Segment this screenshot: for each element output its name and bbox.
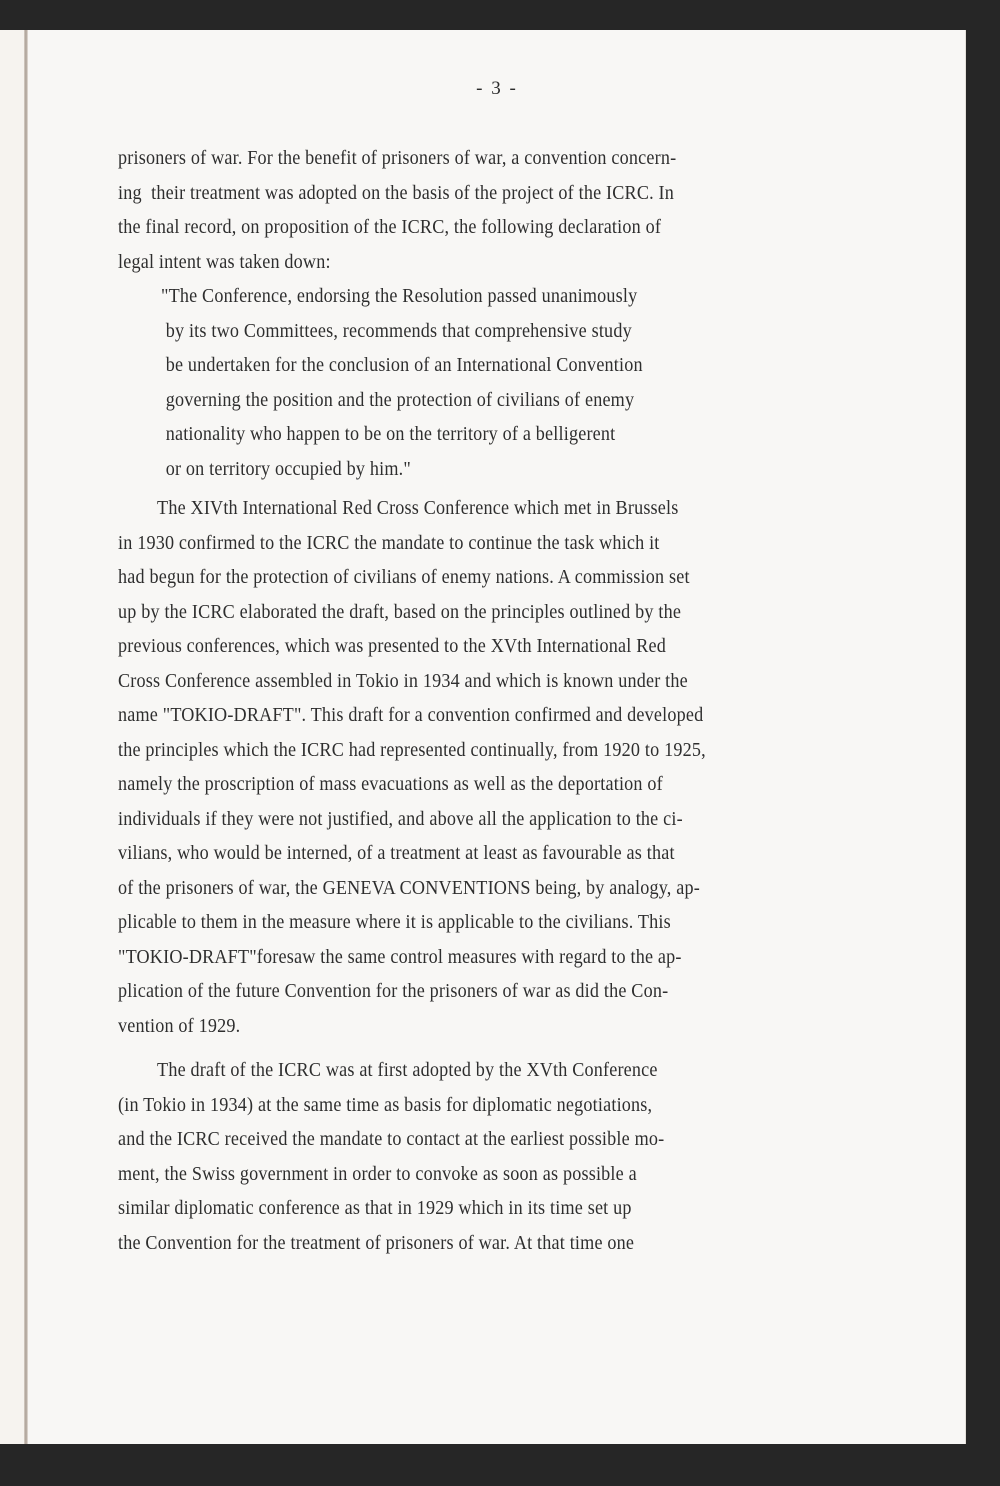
text-line: had begun for the protection of civilian… bbox=[118, 561, 899, 596]
text-line: be undertaken for the conclusion of an I… bbox=[161, 349, 942, 384]
text-line: (in Tokio in 1934) at the same time as b… bbox=[118, 1089, 899, 1124]
text-line: individuals if they were not justified, … bbox=[118, 803, 899, 838]
text-line: "TOKIO-DRAFT"foresaw the same control me… bbox=[118, 941, 899, 976]
text-line: nationality who happen to be on the terr… bbox=[161, 418, 942, 453]
page-number: - 3 - bbox=[28, 78, 966, 100]
text-line: or on territory occupied by him." bbox=[161, 453, 942, 488]
block-quote-resolution: "The Conference, endorsing the Resolutio… bbox=[161, 280, 1000, 487]
text-line: similar diplomatic conference as that in… bbox=[118, 1192, 899, 1227]
paragraph-diplomatic-conference: The draft of the ICRC was at first adopt… bbox=[118, 1054, 958, 1261]
text-line: namely the proscription of mass evacuati… bbox=[118, 768, 899, 803]
text-line: ing their treatment was adopted on the b… bbox=[118, 177, 899, 212]
text-line: The draft of the ICRC was at first adopt… bbox=[118, 1054, 899, 1089]
text-line: and the ICRC received the mandate to con… bbox=[118, 1123, 899, 1158]
text-line: up by the ICRC elaborated the draft, bas… bbox=[118, 596, 899, 631]
text-line: prisoners of war. For the benefit of pri… bbox=[118, 142, 899, 177]
text-line: vention of 1929. bbox=[118, 1010, 899, 1045]
text-line: ment, the Swiss government in order to c… bbox=[118, 1158, 899, 1193]
text-line: by its two Committees, recommends that c… bbox=[161, 315, 942, 350]
text-line: the principles which the ICRC had repres… bbox=[118, 734, 899, 769]
text-line: name "TOKIO-DRAFT". This draft for a con… bbox=[118, 699, 899, 734]
text-line: plication of the future Convention for t… bbox=[118, 975, 899, 1010]
text-line: The XIVth International Red Cross Confer… bbox=[118, 492, 899, 527]
text-line: plicable to them in the measure where it… bbox=[118, 906, 899, 941]
text-line: legal intent was taken down: bbox=[118, 246, 899, 281]
text-line: the Convention for the treatment of pris… bbox=[118, 1227, 899, 1262]
document-page: - 3 - prisoners of war. For the benefit … bbox=[28, 30, 966, 1444]
paragraph-tokio-draft: The XIVth International Red Cross Confer… bbox=[118, 492, 958, 1044]
text-line: governing the position and the protectio… bbox=[161, 384, 942, 419]
text-line: the final record, on proposition of the … bbox=[118, 211, 899, 246]
text-line: in 1930 confirmed to the ICRC the mandat… bbox=[118, 527, 899, 562]
text-line: vilians, who would be interned, of a tre… bbox=[118, 837, 899, 872]
previous-page-edge bbox=[0, 30, 26, 1444]
text-line: "The Conference, endorsing the Resolutio… bbox=[161, 280, 942, 315]
paragraph-prisoners-convention: prisoners of war. For the benefit of pri… bbox=[118, 142, 958, 280]
text-line: of the prisoners of war, the GENEVA CONV… bbox=[118, 872, 899, 907]
text-line: Cross Conference assembled in Tokio in 1… bbox=[118, 665, 899, 700]
text-line: previous conferences, which was presente… bbox=[118, 630, 899, 665]
